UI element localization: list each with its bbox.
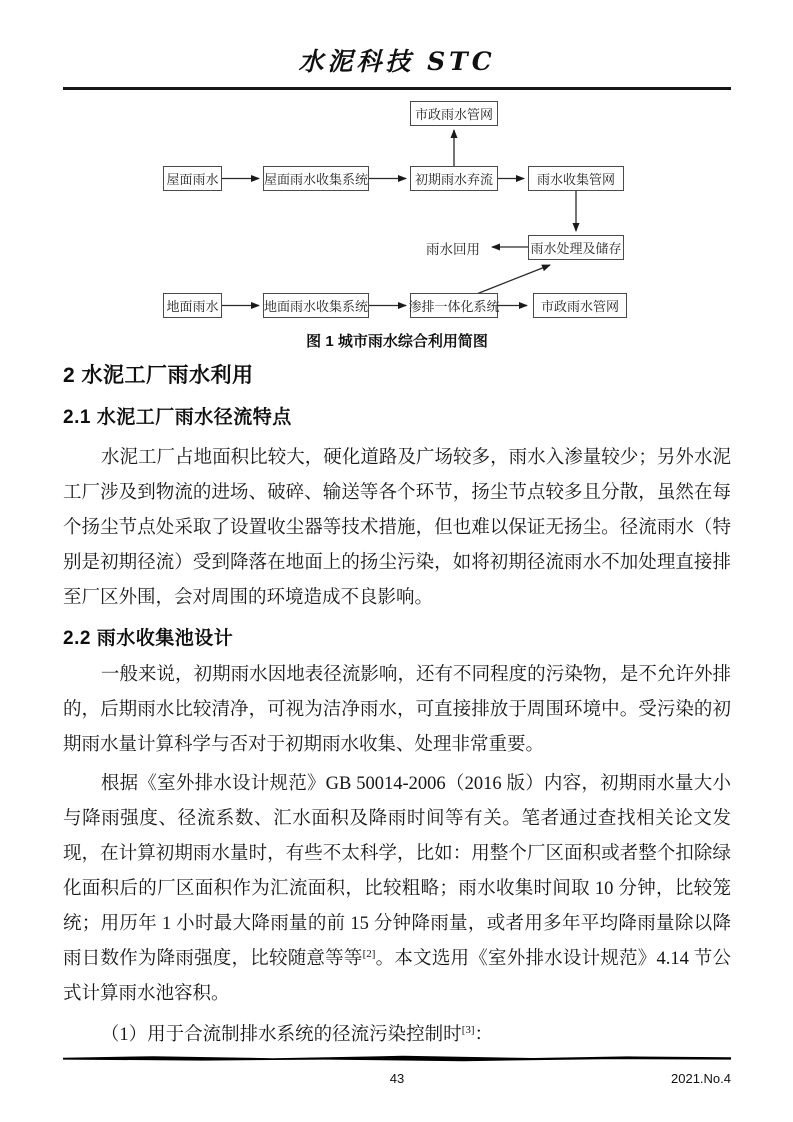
node-rain-collection-pipe: 雨水收集管网	[528, 166, 624, 191]
list-item-text: （1）用于合流制排水系统的径流污染控制时	[101, 1025, 462, 1045]
section-heading-2-1: 2.1 水泥工厂雨水径流特点	[63, 402, 731, 429]
section-heading-2: 2 水泥工厂雨水利用	[63, 359, 731, 389]
section-heading-2-2: 2.2 雨水收集池设计	[63, 623, 731, 650]
journal-title: 水泥科技 STC	[63, 0, 731, 78]
node-treatment-storage: 雨水处理及储存	[528, 235, 624, 260]
node-initial-rain-discard: 初期雨水弃流	[410, 166, 498, 191]
citation-ref-3: [3]	[462, 1024, 475, 1036]
flowchart-canvas: 市政雨水管网 屋面雨水 屋面雨水收集系统 初期雨水弃流 雨水收集管网 雨水处理及…	[63, 99, 731, 321]
figure-flowchart: 市政雨水管网 屋面雨水 屋面雨水收集系统 初期雨水弃流 雨水收集管网 雨水处理及…	[63, 99, 731, 351]
node-ground-collection-system: 地面雨水收集系统	[263, 293, 369, 318]
node-rainwater-reuse: 雨水回用	[426, 235, 480, 260]
paragraph-text: 根据《室外排水设计规范》GB 50014-2006（2016 版）内容，初期雨水…	[63, 774, 731, 969]
node-municipal-network-top: 市政雨水管网	[410, 101, 498, 126]
flowchart-arrows	[63, 99, 731, 321]
node-municipal-network-bottom: 市政雨水管网	[533, 293, 627, 318]
footer-row: 43 2021.No.4	[63, 1071, 731, 1087]
figure-caption: 图 1 城市雨水综合利用简图	[63, 330, 731, 351]
list-item-combined-system: （1）用于合流制排水系统的径流污染控制时[3]：	[63, 1018, 731, 1053]
issue-label: 2021.No.4	[671, 1071, 731, 1086]
citation-ref-2: [2]	[363, 948, 376, 960]
node-infiltration-system: 渗排一体化系统	[410, 293, 498, 318]
paragraph-calculation-method: 根据《室外排水设计规范》GB 50014-2006（2016 版）内容，初期雨水…	[63, 767, 731, 1012]
list-item-text: ：	[475, 1025, 494, 1045]
footer-rule	[63, 1055, 731, 1063]
header-rule	[63, 87, 731, 90]
paragraph-runoff-characteristics: 水泥工厂占地面积比较大，硬化道路及广场较多，雨水入渗量较少；另外水泥工厂涉及到物…	[63, 441, 731, 616]
document-page: 水泥科技 STC	[0, 0, 793, 1122]
node-ground-rainwater: 地面雨水	[163, 293, 222, 318]
page-footer: 43 2021.No.4	[63, 1050, 731, 1087]
node-roof-rainwater: 屋面雨水	[163, 166, 222, 191]
paragraph-initial-rain: 一般来说，初期雨水因地表径流影响，还有不同程度的污染物，是不允许外排的，后期雨水…	[63, 658, 731, 763]
page-number: 43	[390, 1071, 404, 1086]
node-roof-collection-system: 屋面雨水收集系统	[263, 166, 369, 191]
